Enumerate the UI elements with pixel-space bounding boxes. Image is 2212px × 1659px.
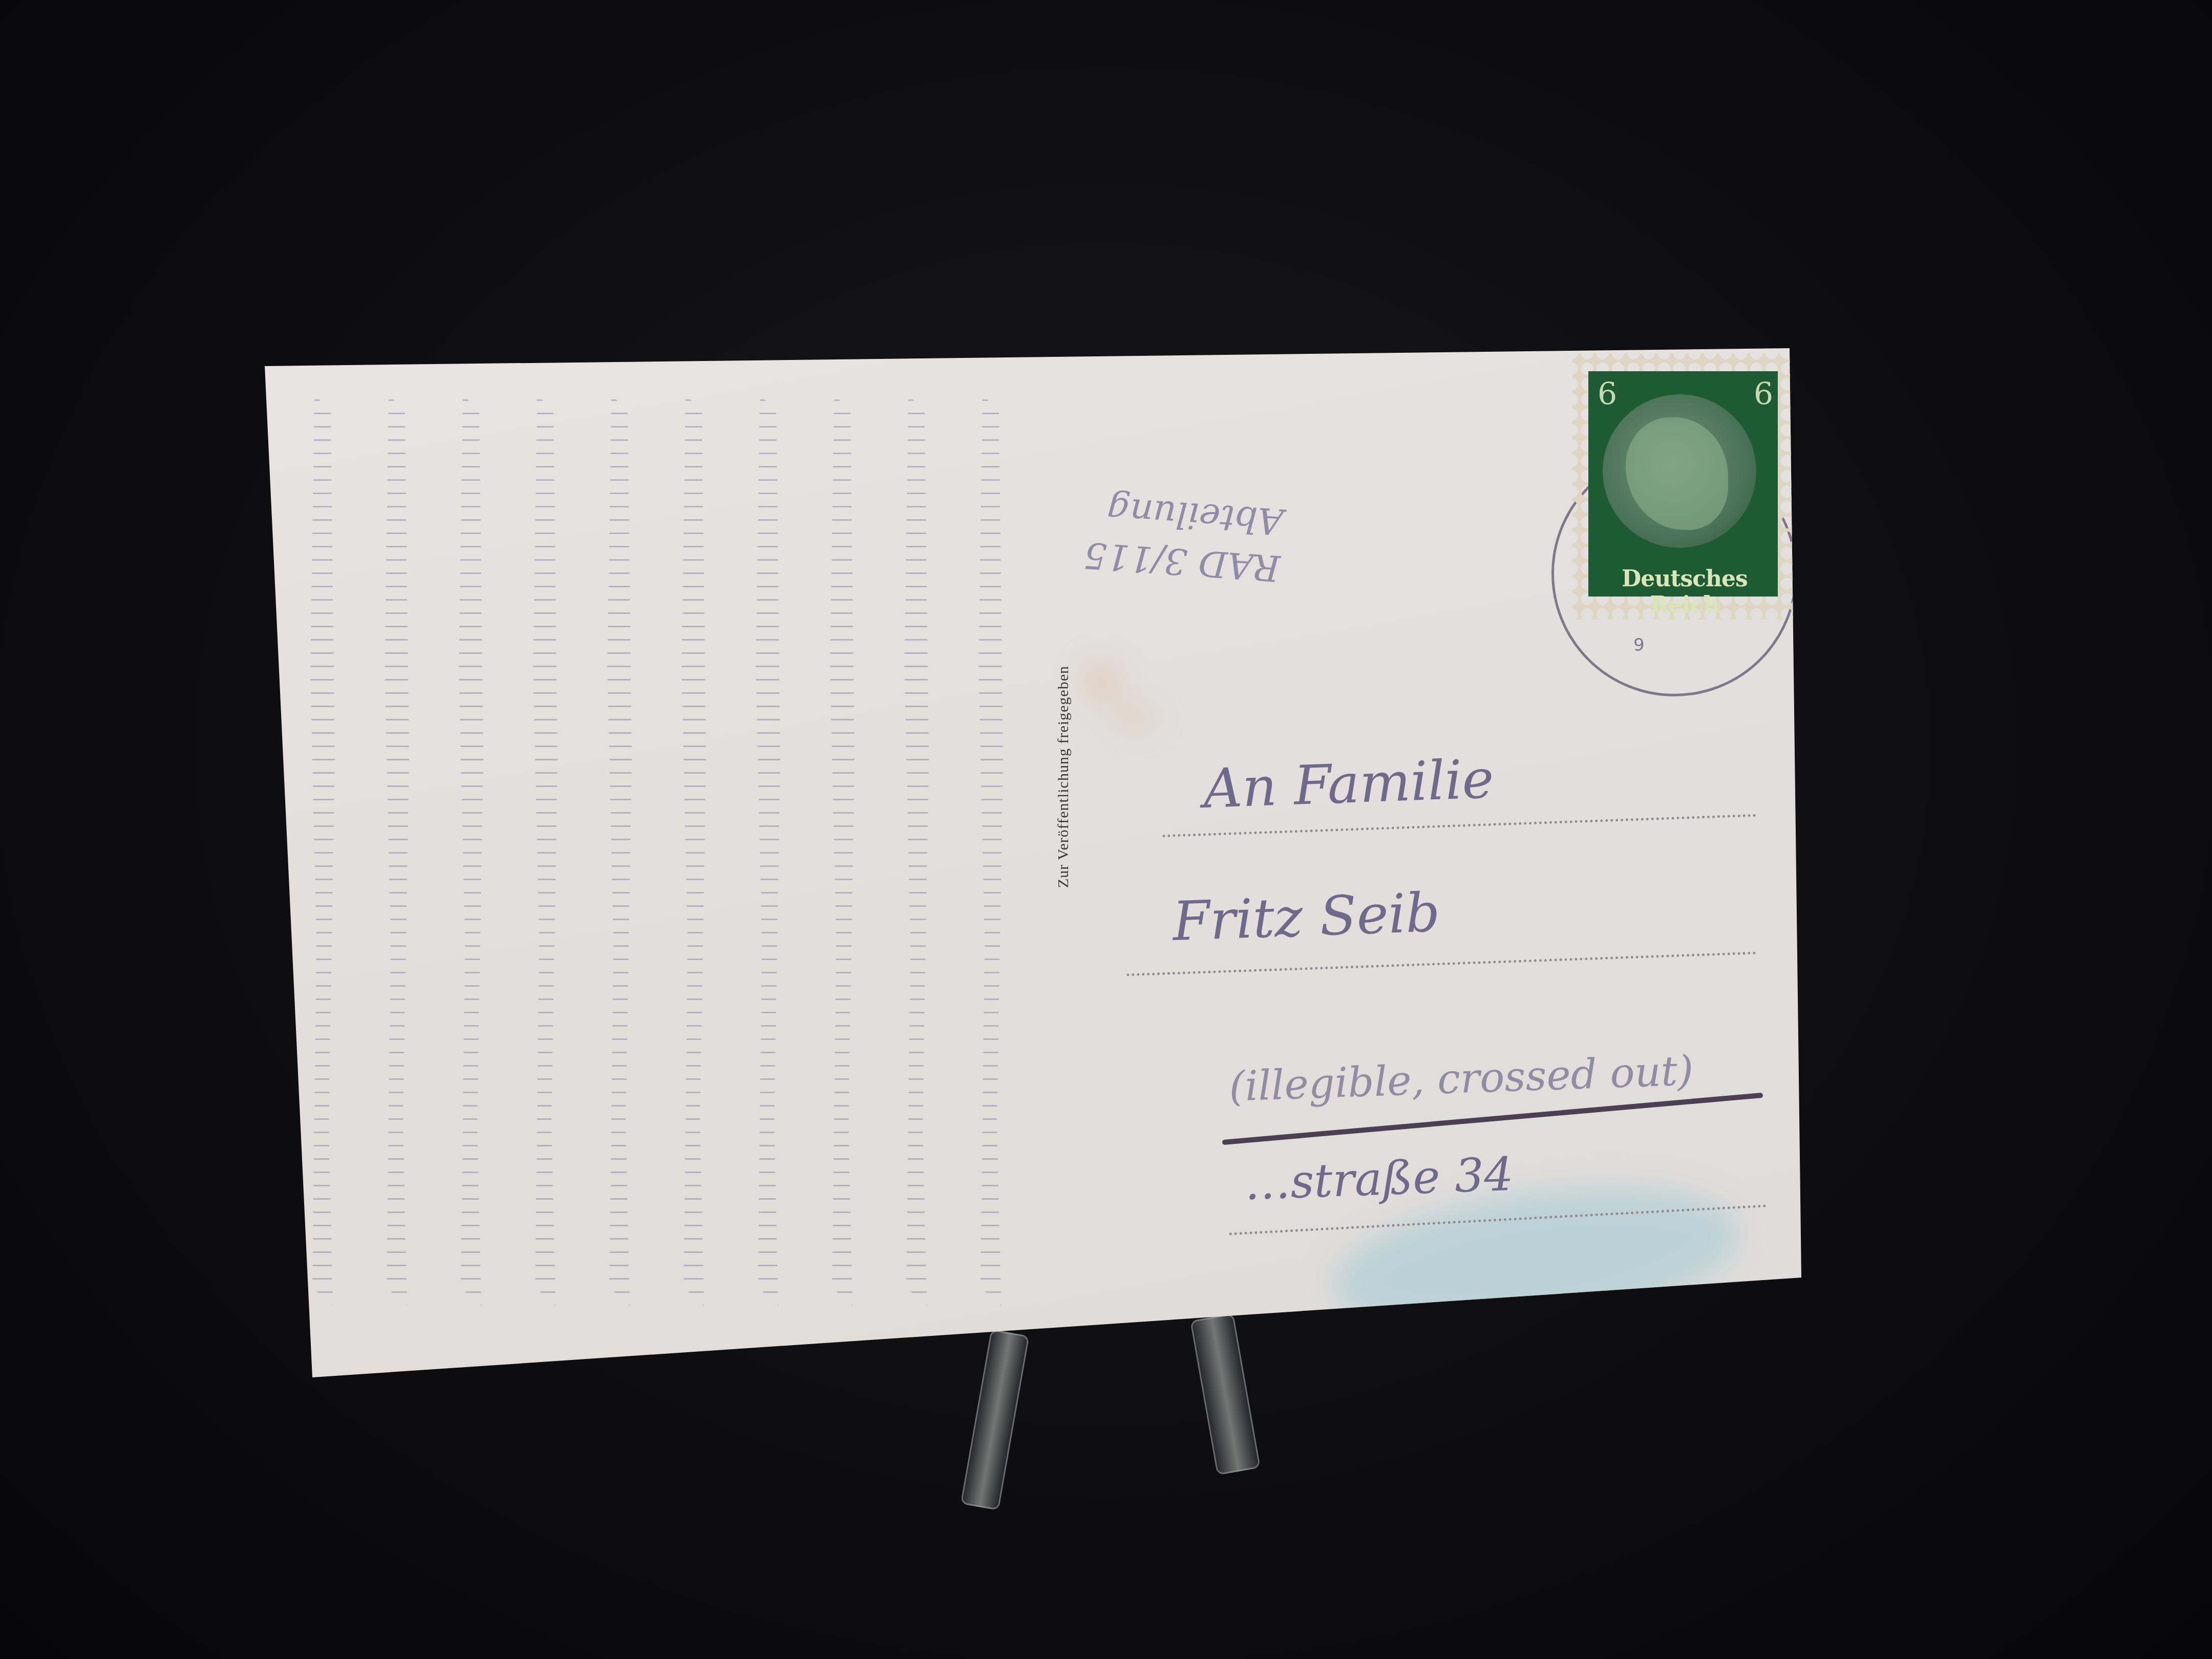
stamp-label: Deutsches Reich	[1592, 566, 1777, 618]
handwritten-message	[302, 394, 1045, 1367]
publication-note: Zur Veröffentlichung freigegeben	[1055, 666, 1072, 888]
postmark-text: 9	[1633, 635, 1645, 655]
address-line-2: Fritz Seib	[1172, 881, 1441, 953]
foxing-spot	[1086, 666, 1116, 696]
address-line-3: (illegible, crossed out)	[1228, 1047, 1694, 1111]
address-rule	[1126, 952, 1756, 976]
address-line-4: …straße 34	[1243, 1147, 1514, 1210]
stamp-value-left: 6	[1598, 376, 1617, 412]
address-line-1: An Familie	[1202, 748, 1495, 820]
foxing-spot	[1111, 707, 1157, 727]
sender-note: RAD 3/115 Abteilung	[1082, 485, 1285, 591]
stamp-value-right: 6	[1754, 376, 1773, 412]
